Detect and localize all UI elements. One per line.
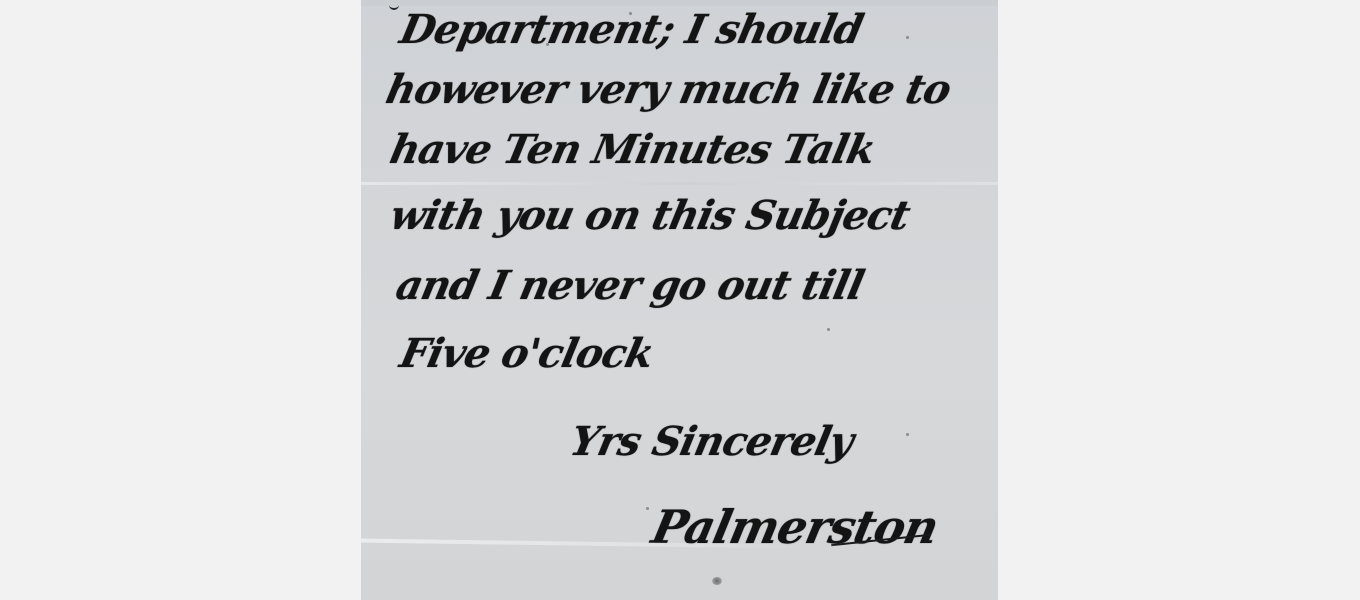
letter-closing: Yrs Sincerely bbox=[566, 418, 857, 465]
letter-page: Department; I should however very much l… bbox=[361, 0, 998, 600]
letter-line-4: with you on this Subject bbox=[386, 192, 914, 239]
ink-stroke-fragment bbox=[389, 0, 399, 10]
letter-line-6: Five o'clock bbox=[396, 330, 657, 377]
paper-speck bbox=[906, 433, 909, 436]
paper-speck bbox=[906, 36, 909, 39]
letter-line-5: and I never go out till bbox=[392, 262, 868, 309]
letter-signature: Palmerston bbox=[647, 500, 943, 554]
letter-line-3: have Ten Minutes Talk bbox=[386, 126, 879, 173]
paper-speck bbox=[646, 507, 649, 510]
paper-speck bbox=[546, 43, 549, 46]
letter-line-2: however very much like to bbox=[382, 66, 955, 113]
paper-speck bbox=[827, 328, 830, 331]
paper-speck bbox=[629, 12, 632, 15]
ink-blot bbox=[712, 577, 722, 585]
